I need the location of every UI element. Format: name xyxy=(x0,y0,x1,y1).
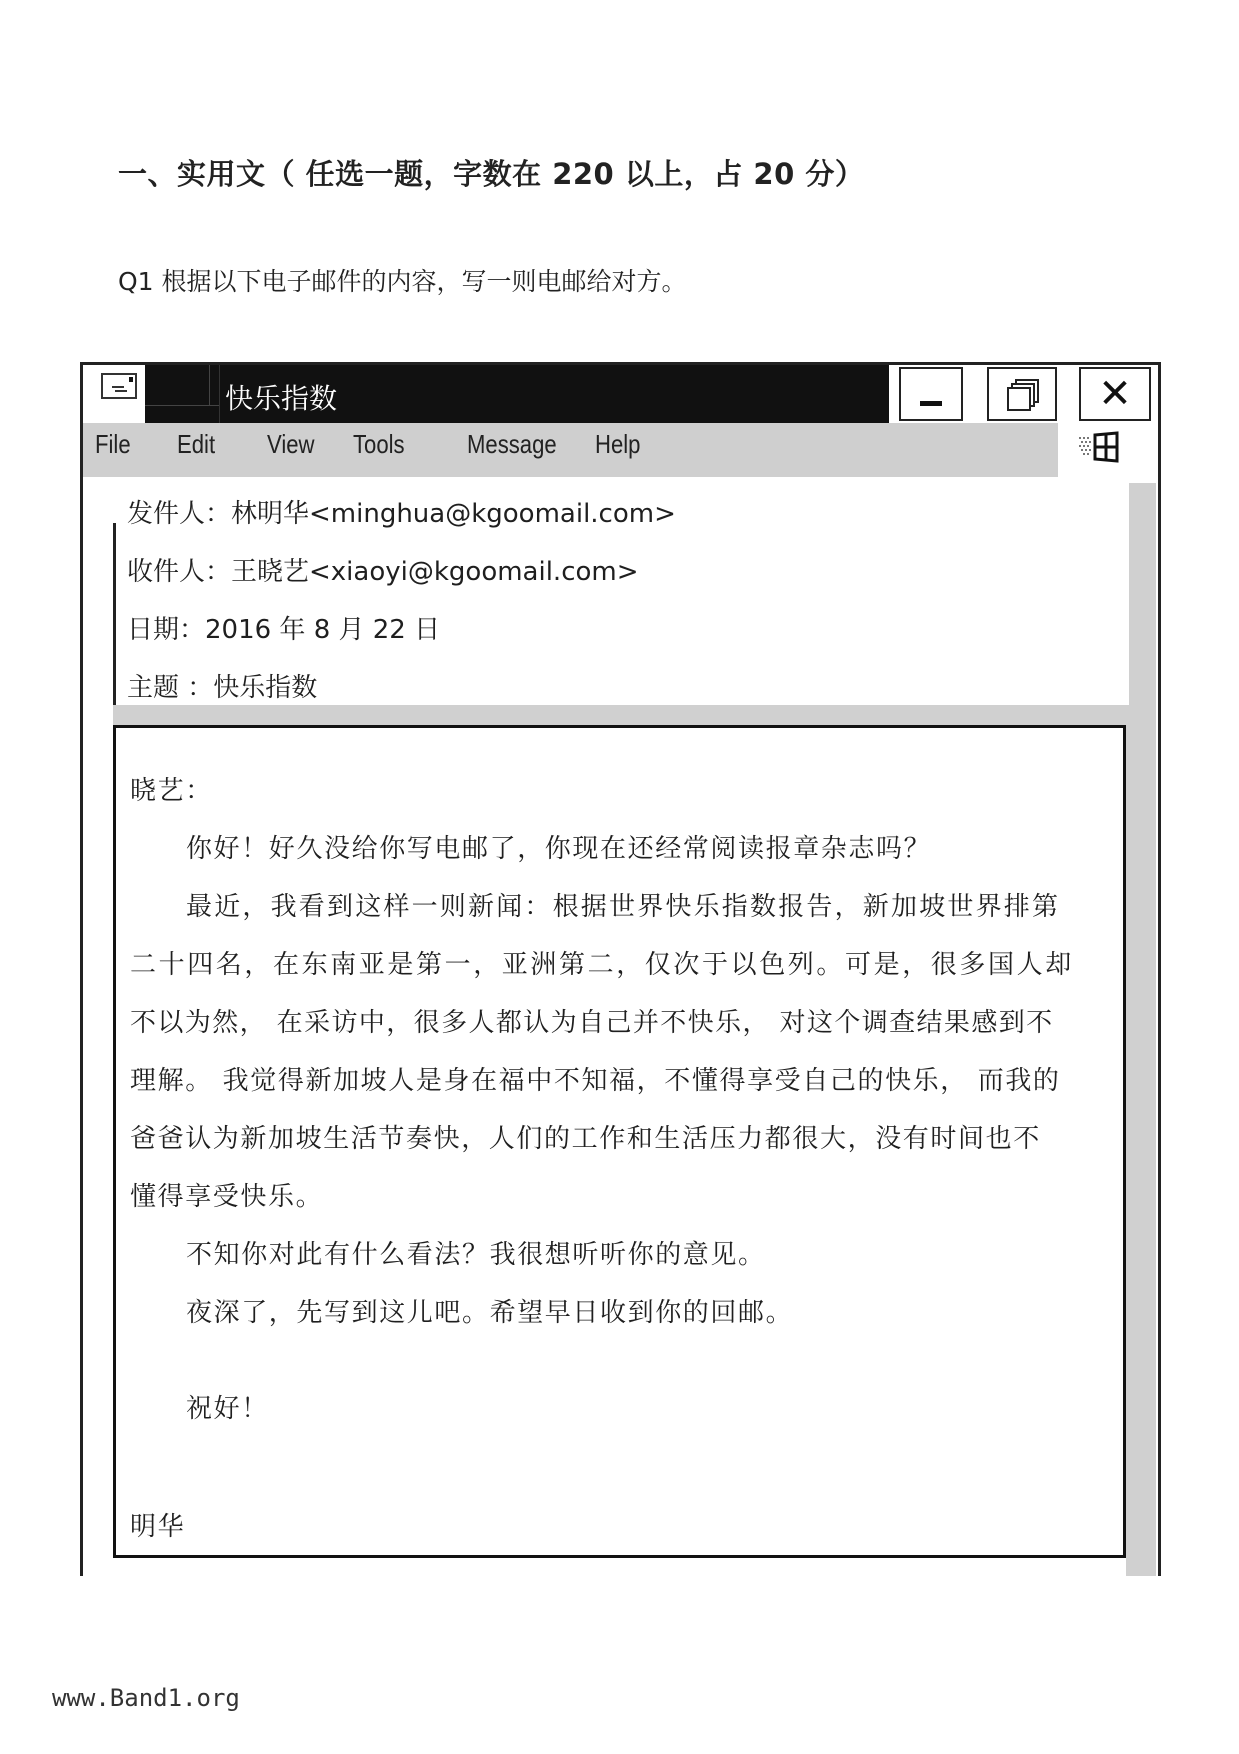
separator-band xyxy=(113,705,1156,725)
mail-app-icon[interactable] xyxy=(101,373,137,399)
body-line: 二十四名，在东南亚是第一，亚洲第二，仅次于以色列。可是，很多国人却 xyxy=(130,944,1074,981)
email-window: 快乐指数 ✕ File Edit View Tools Message Help xyxy=(80,362,1161,1576)
menu-tools[interactable]: Tools xyxy=(353,429,405,460)
menu-file[interactable]: File xyxy=(95,429,131,460)
email-body: 晓艺： 你好！好久没给你写电邮了，你现在还经常阅读报章杂志吗？ 最近，我看到这样… xyxy=(113,725,1126,1558)
body-line: 理解。 我觉得新加坡人是身在福中不知福，不懂得享受自己的快乐， 而我的 xyxy=(130,1060,1061,1097)
title-bar[interactable]: 快乐指数 xyxy=(83,365,889,423)
close-icon: ✕ xyxy=(1098,374,1132,414)
menu-view[interactable]: View xyxy=(267,429,315,460)
title-divider xyxy=(209,365,210,405)
body-line: 不以为然， 在采访中，很多人都认为自己并不快乐， 对这个调查结果感到不 xyxy=(130,1002,1054,1039)
header-to: 收件人：王晓艺<xiaoyi@kgoomail.com> xyxy=(127,551,639,588)
minimize-icon xyxy=(920,401,942,406)
close-button[interactable]: ✕ xyxy=(1079,367,1151,421)
minimize-button[interactable] xyxy=(899,367,963,421)
restore-icon xyxy=(1007,379,1037,409)
closing: 祝好！ xyxy=(186,1388,269,1425)
watermark: www.Band1.org xyxy=(52,1684,240,1712)
menu-edit[interactable]: Edit xyxy=(177,429,215,460)
body-line: 你好！好久没给你写电邮了，你现在还经常阅读报章杂志吗？ xyxy=(186,828,931,865)
menu-bar: File Edit View Tools Message Help xyxy=(83,423,1058,477)
body-line: 夜深了，先写到这儿吧。希望早日收到你的回邮。 xyxy=(186,1292,793,1329)
body-line: 爸爸认为新加坡生活节奏快，人们的工作和生活压力都很大，没有时间也不 xyxy=(130,1118,1041,1155)
question-prompt: Q1 根据以下电子邮件的内容，写一则电邮给对方。 xyxy=(118,262,687,298)
signature: 明华 xyxy=(130,1506,185,1543)
title-divider xyxy=(145,405,219,406)
window-title: 快乐指数 xyxy=(225,377,337,417)
app-icon-area xyxy=(83,365,145,423)
body-line: 懂得享受快乐。 xyxy=(130,1176,323,1213)
menu-help[interactable]: Help xyxy=(595,429,640,460)
section-heading: 一、实用文（ 任选一题，字数在 220 以上，占 20 分） xyxy=(118,152,864,193)
header-date: 日期：2016 年 8 月 22 日 xyxy=(127,609,440,646)
windows-logo-icon xyxy=(1079,431,1123,465)
body-line: 不知你对此有什么看法？我很想听听你的意见。 xyxy=(186,1234,766,1271)
header-from: 发件人：林明华<minghua@kgoomail.com> xyxy=(127,493,676,530)
header-subject: 主题 ：快乐指数 xyxy=(127,667,317,704)
scrollbar-track[interactable] xyxy=(1126,483,1156,1576)
restore-button[interactable] xyxy=(987,367,1057,421)
title-divider xyxy=(219,365,220,423)
salutation: 晓艺： xyxy=(130,770,213,807)
body-line: 最近，我看到这样一则新闻：根据世界快乐指数报告，新加坡世界排第 xyxy=(186,886,1060,923)
menu-message[interactable]: Message xyxy=(467,429,557,460)
